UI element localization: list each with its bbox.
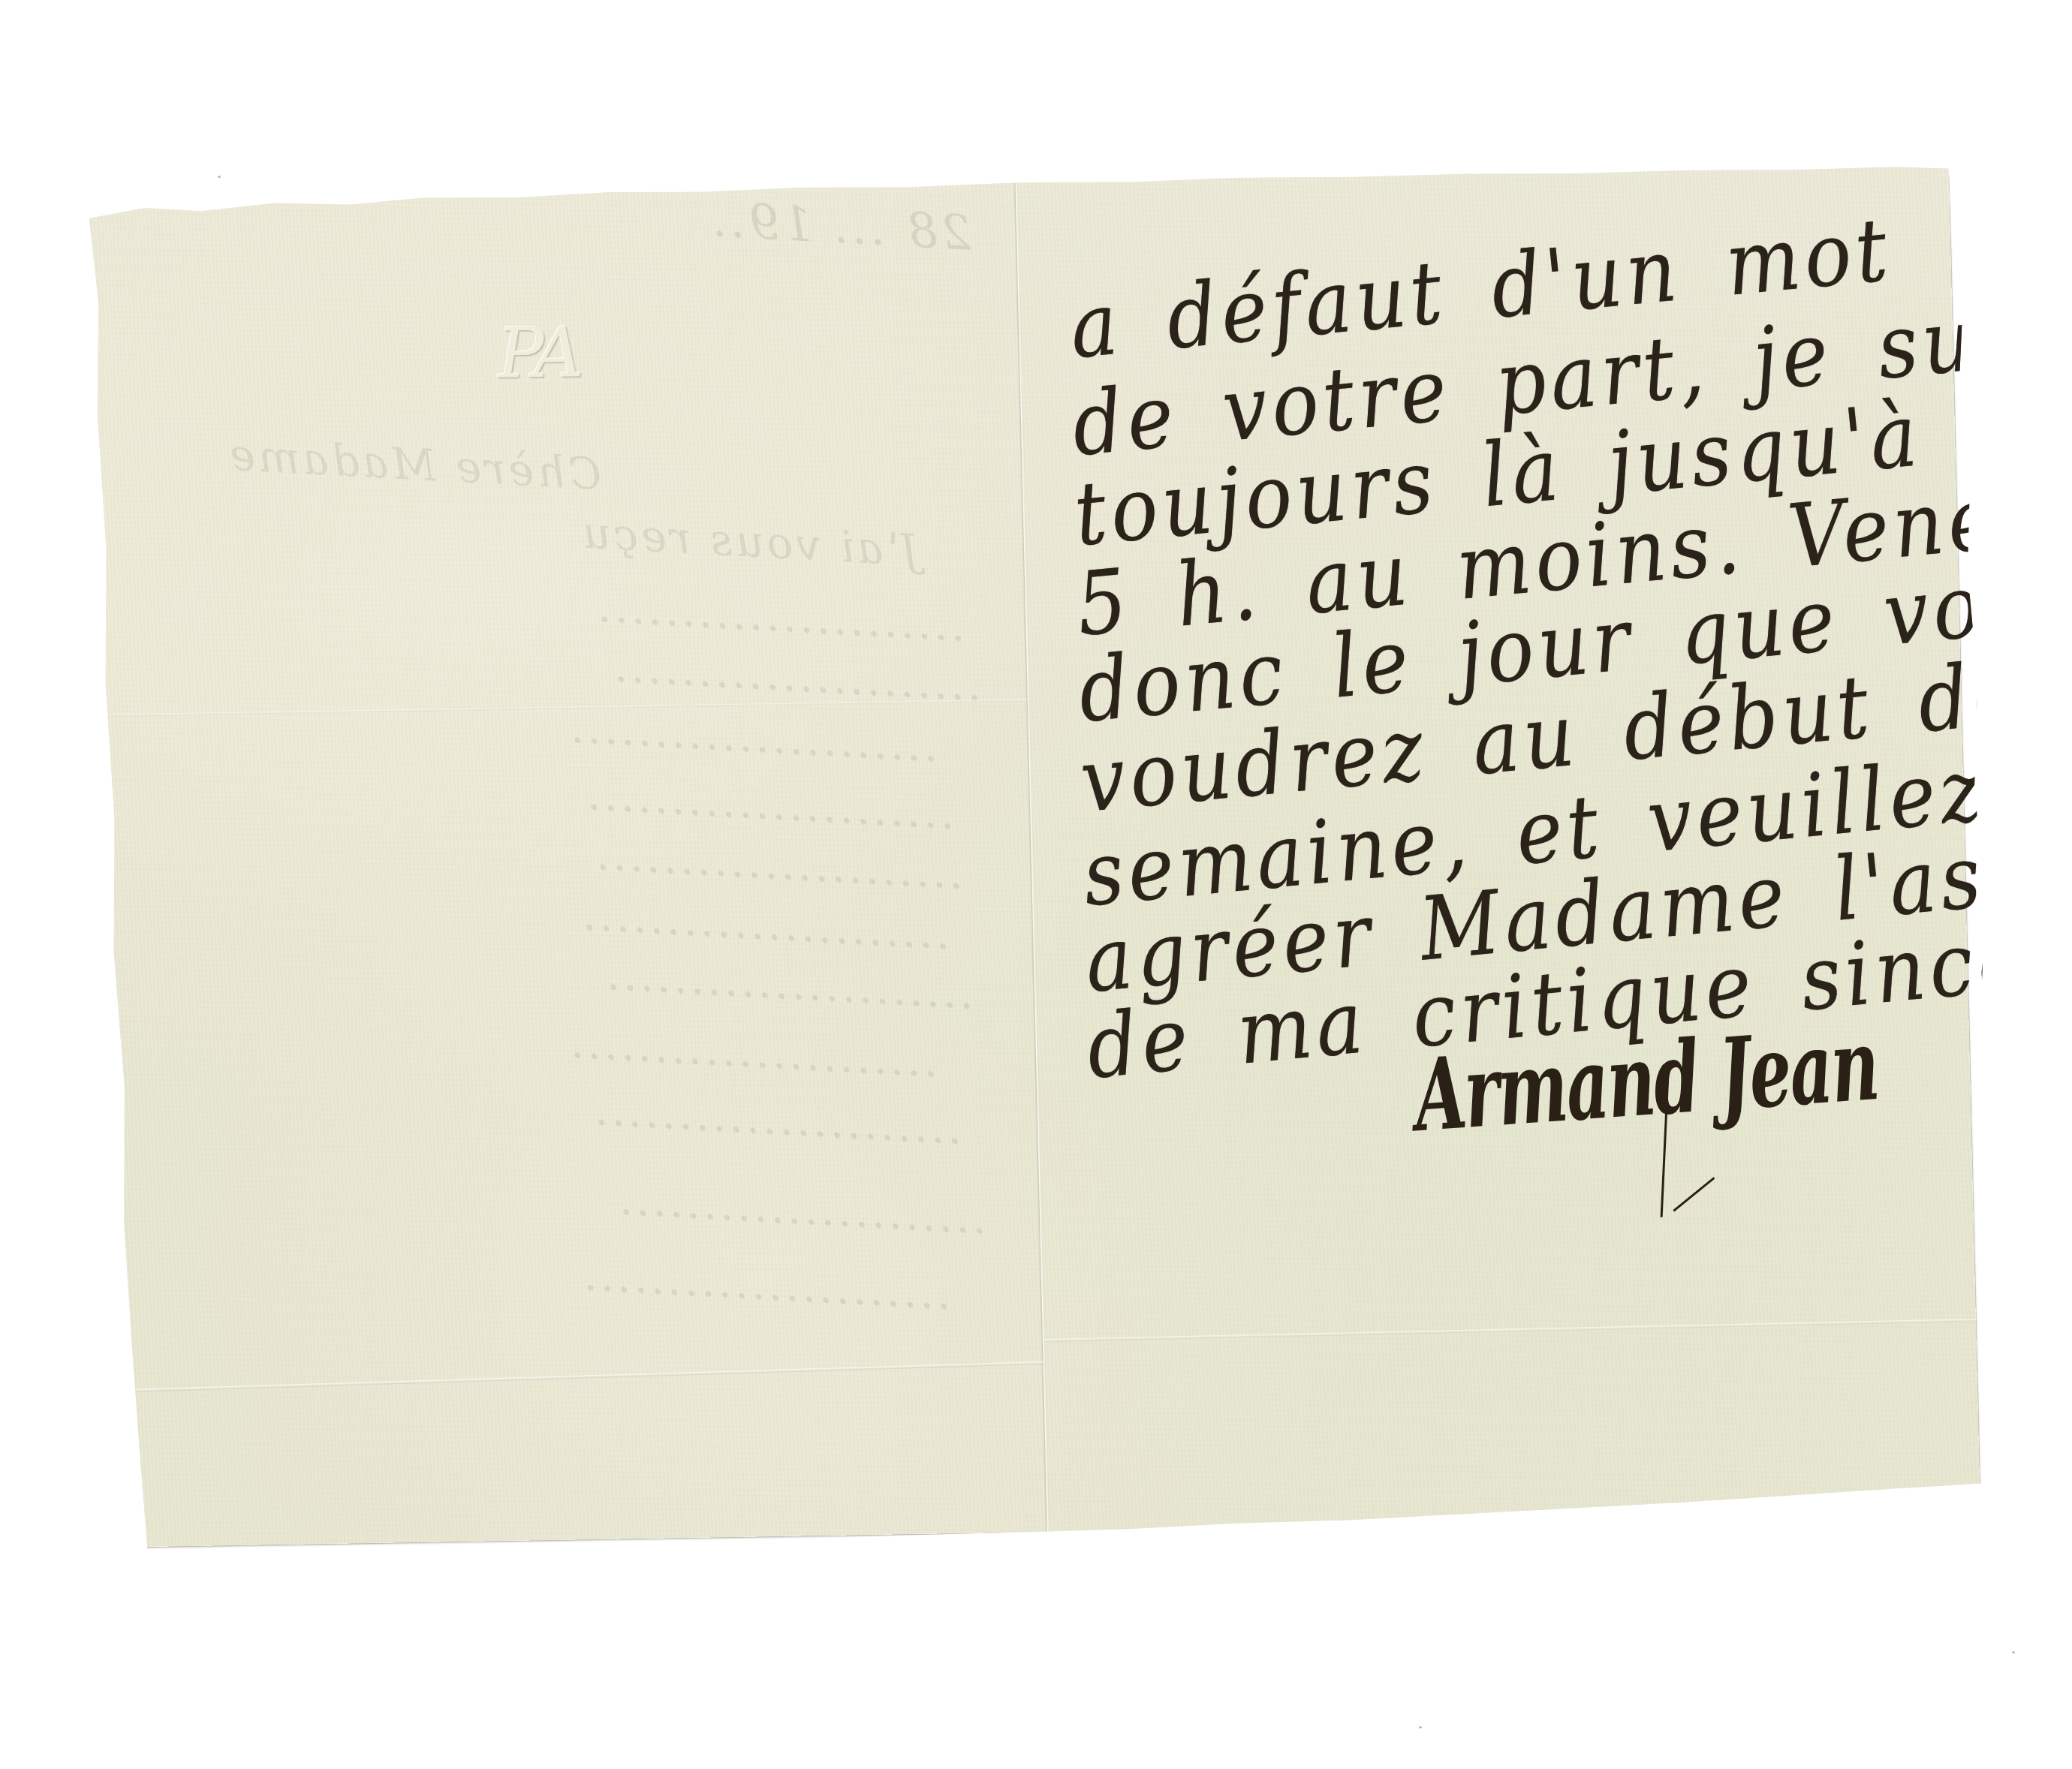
show-through-line: Chère Madame [226,429,603,500]
show-through-line: ...................... [594,581,966,651]
show-through-line: ...................... [579,889,951,959]
handwritten-text: a défaut d'un mot de votre part, je suis… [1071,196,1927,210]
signature-stroke [1673,1177,1715,1211]
letter-sheet: 28 ... 19.. Chère Madame J'ai vous reçu … [89,166,1980,1548]
dust-speck [2012,1651,2015,1653]
show-through-line: ...................... [567,1016,939,1087]
show-through-line: ...................... [591,1084,963,1154]
show-through-line: ...................... [583,769,956,839]
right-page: a défaut d'un mot de votre part, je suis… [1018,166,1980,1532]
show-through-line: ...................... [616,1173,988,1244]
dust-speck [218,176,221,178]
show-through-line: ...................... [603,949,975,1019]
show-through-line: ...................... [580,1249,952,1319]
left-page: 28 ... 19.. Chère Madame J'ai vous reçu … [89,182,1047,1548]
embossed-monogram: PA [497,312,580,394]
dust-speck [1419,1726,1422,1728]
show-through-line: J'ai vous reçu [579,507,920,576]
show-through-line: ...................... [567,701,939,772]
show-through-date: 28 ... 19.. [708,192,972,261]
scanned-document: 28 ... 19.. Chère Madame J'ai vous reçu … [0,0,2072,1769]
show-through-line: ...................... [592,829,965,899]
